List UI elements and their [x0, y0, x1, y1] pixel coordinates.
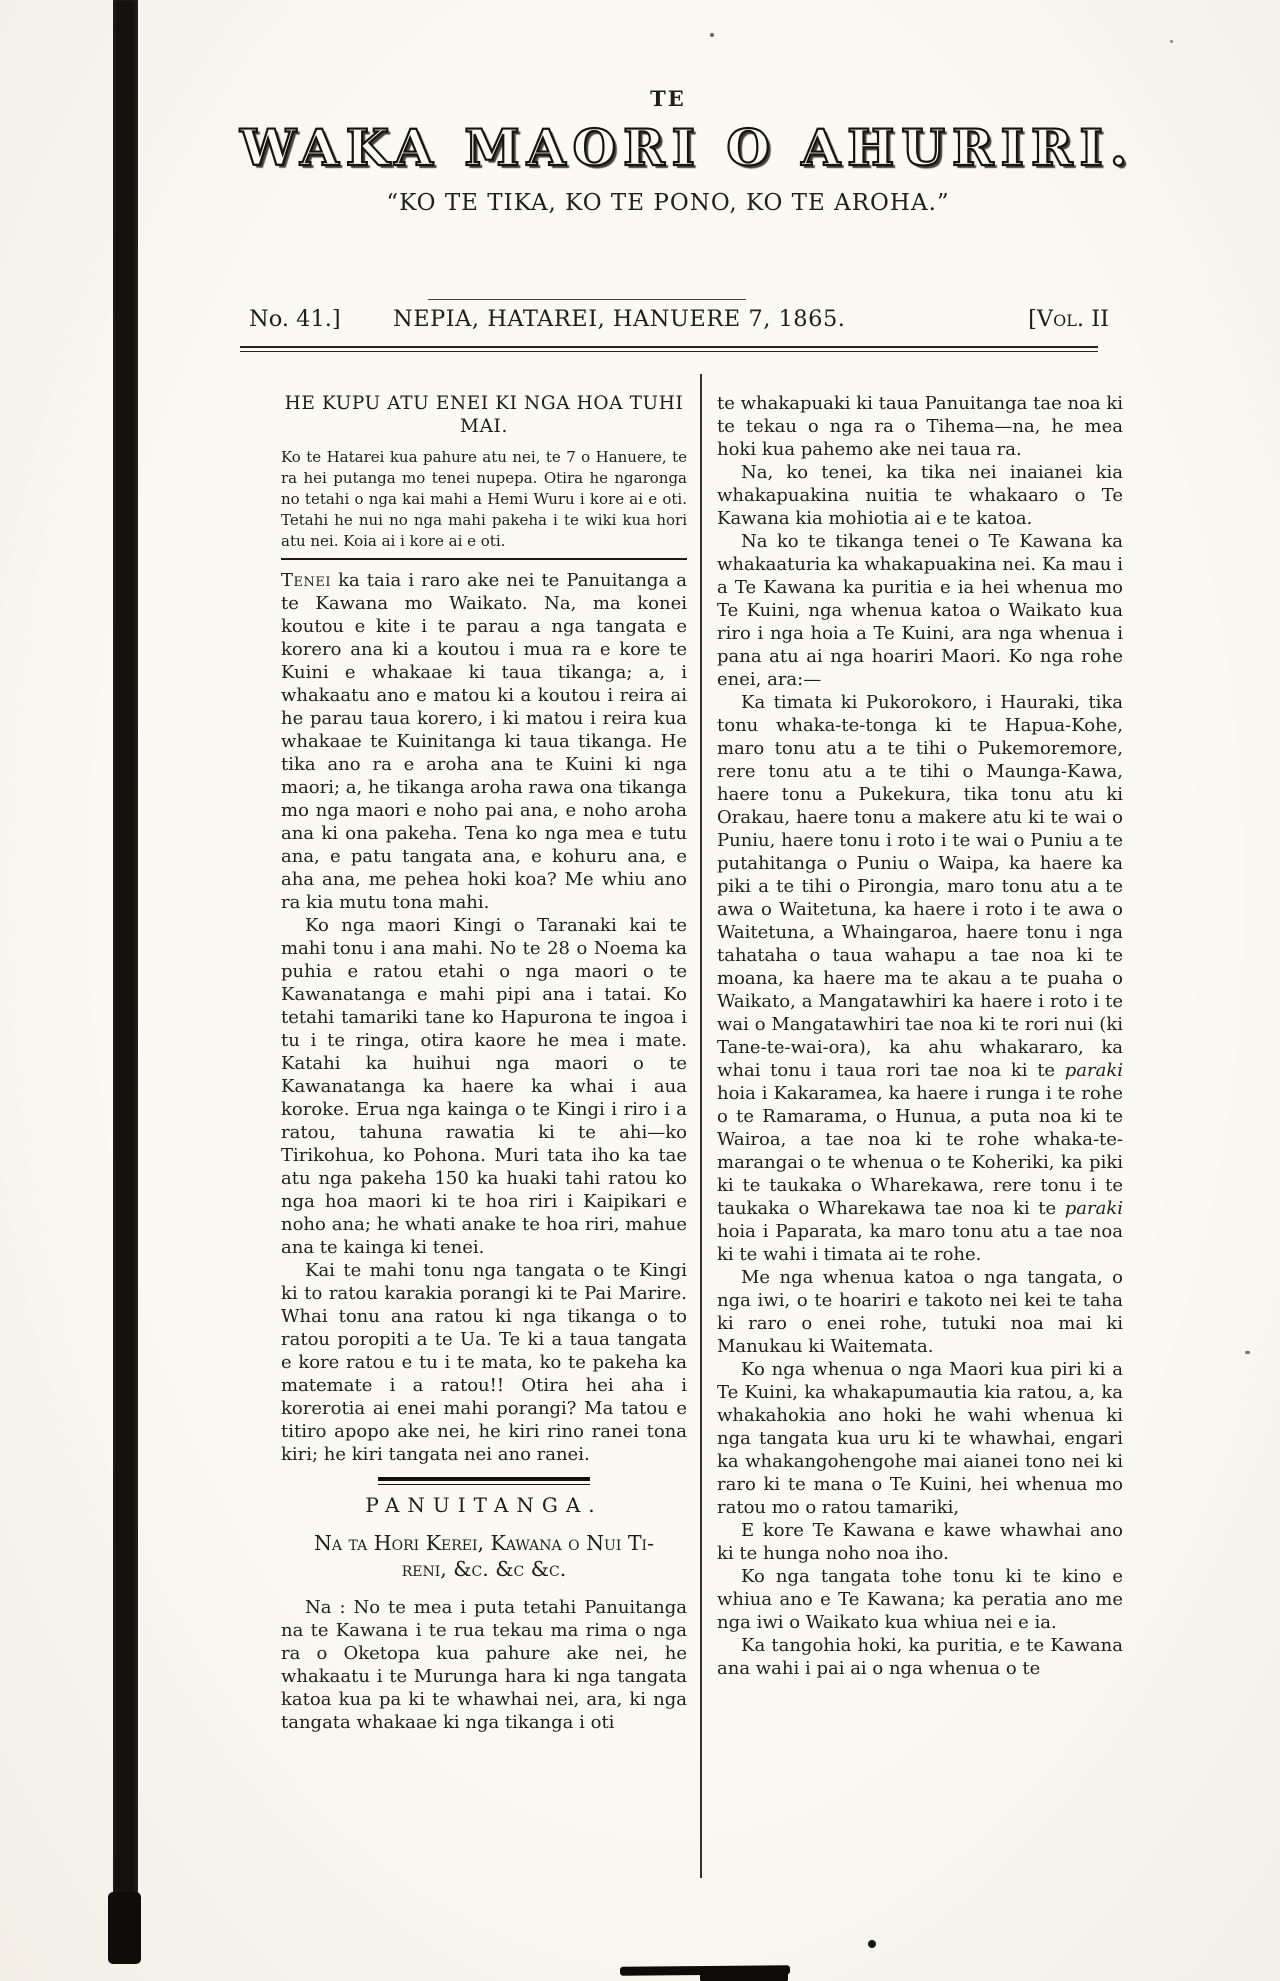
volume-number: [Vol. II: [1028, 306, 1109, 332]
scan-edge-artifact: [113, 0, 138, 1963]
masthead: TE WAKA MAORI O AHURIRI. “KO TE TIKA, KO…: [240, 86, 1096, 216]
article-paragraph: Kai te mahi tonu nga tangata o te Kingi …: [281, 1259, 687, 1466]
article-paragraph: Ko nga whenua o nga Maori kua piri ki a …: [717, 1358, 1123, 1519]
left-column: HE KUPU ATU ENEI KI NGA HOA TUHI MAI. Ko…: [281, 392, 687, 1734]
paragraph-lead-word: Tenei: [281, 570, 331, 591]
ink-speck-artifact: [1170, 40, 1173, 43]
masthead-pretitle: TE: [240, 86, 1096, 111]
article-paragraph: Na : No te mea i puta tetahi Panuitanga …: [281, 1596, 687, 1734]
ink-speck-artifact: [1245, 1351, 1250, 1354]
right-column: te whakapuaki ki taua Panuitanga tae noa…: [717, 392, 1123, 1680]
article-paragraph: te whakapuaki ki taua Panuitanga tae noa…: [717, 392, 1123, 461]
byline-line2: reni, &c. &c &c.: [281, 1556, 687, 1582]
section-rule: [281, 558, 687, 560]
dateline: No. 41.] NEPIA, HATAREI, HANUERE 7, 1865…: [247, 306, 1109, 336]
article-paragraph: Ko nga tangata tohe tonu ki te kino e wh…: [717, 1565, 1123, 1634]
article-paragraph: Ka tangohia hoki, ka puritia, e te Kawan…: [717, 1634, 1123, 1680]
article-paragraph: E kore Te Kawana e kawe whawhai ano ki t…: [717, 1519, 1123, 1565]
article-heading-line1: HE KUPU ATU ENEI KI NGA HOA TUHI: [285, 393, 684, 414]
dateline-double-rule: [240, 346, 1098, 352]
scan-edge-blob: [108, 1892, 141, 1964]
thin-rule: [428, 299, 746, 300]
masthead-title: WAKA MAORI O AHURIRI.: [240, 123, 1096, 173]
proclamation-byline: Na ta Hori Kerei, Kawana o Nui Ti- reni,…: [281, 1530, 687, 1582]
paragraph-text: ka taia i raro ake nei te Panuitanga a t…: [281, 570, 687, 913]
column-divider-rule: [700, 374, 702, 1878]
scan-bottom-artifact: [700, 1969, 788, 1981]
issue-number: No. 41.]: [249, 306, 341, 332]
article-paragraph: Ka timata ki Pukorokoro, i Hauraki, tika…: [717, 691, 1123, 1266]
proclamation-heading: PANUITANGA.: [281, 1494, 687, 1517]
article-paragraph: Na, ko tenei, ka tika nei inaianei kia w…: [717, 461, 1123, 530]
section-heavy-rule: [378, 1477, 590, 1485]
byline-line1: Na ta Hori Kerei, Kawana o Nui Ti-: [281, 1530, 687, 1556]
article-paragraph: Na ko te tikanga tenei o Te Kawana ka wh…: [717, 530, 1123, 691]
ink-dot-artifact: [868, 1940, 876, 1948]
editor-notice: Ko te Hatarei kua pahure atu nei, te 7 o…: [281, 447, 687, 552]
article-heading: HE KUPU ATU ENEI KI NGA HOA TUHI MAI.: [281, 392, 687, 438]
article-paragraph: Me nga whenua katoa o nga tangata, o nga…: [717, 1266, 1123, 1358]
article-heading-line2: MAI.: [460, 416, 508, 437]
newspaper-page: TE WAKA MAORI O AHURIRI. “KO TE TIKA, KO…: [0, 0, 1280, 1981]
article-paragraph: Tenei ka taia i raro ake nei te Panuitan…: [281, 569, 687, 914]
ink-speck-artifact: [710, 33, 714, 37]
article-paragraph: Ko nga maori Kingi o Taranaki kai te mah…: [281, 914, 687, 1259]
place-and-date: NEPIA, HATAREI, HANUERE 7, 1865.: [393, 306, 845, 332]
masthead-motto: “KO TE TIKA, KO TE PONO, KO TE AROHA.”: [240, 190, 1096, 216]
